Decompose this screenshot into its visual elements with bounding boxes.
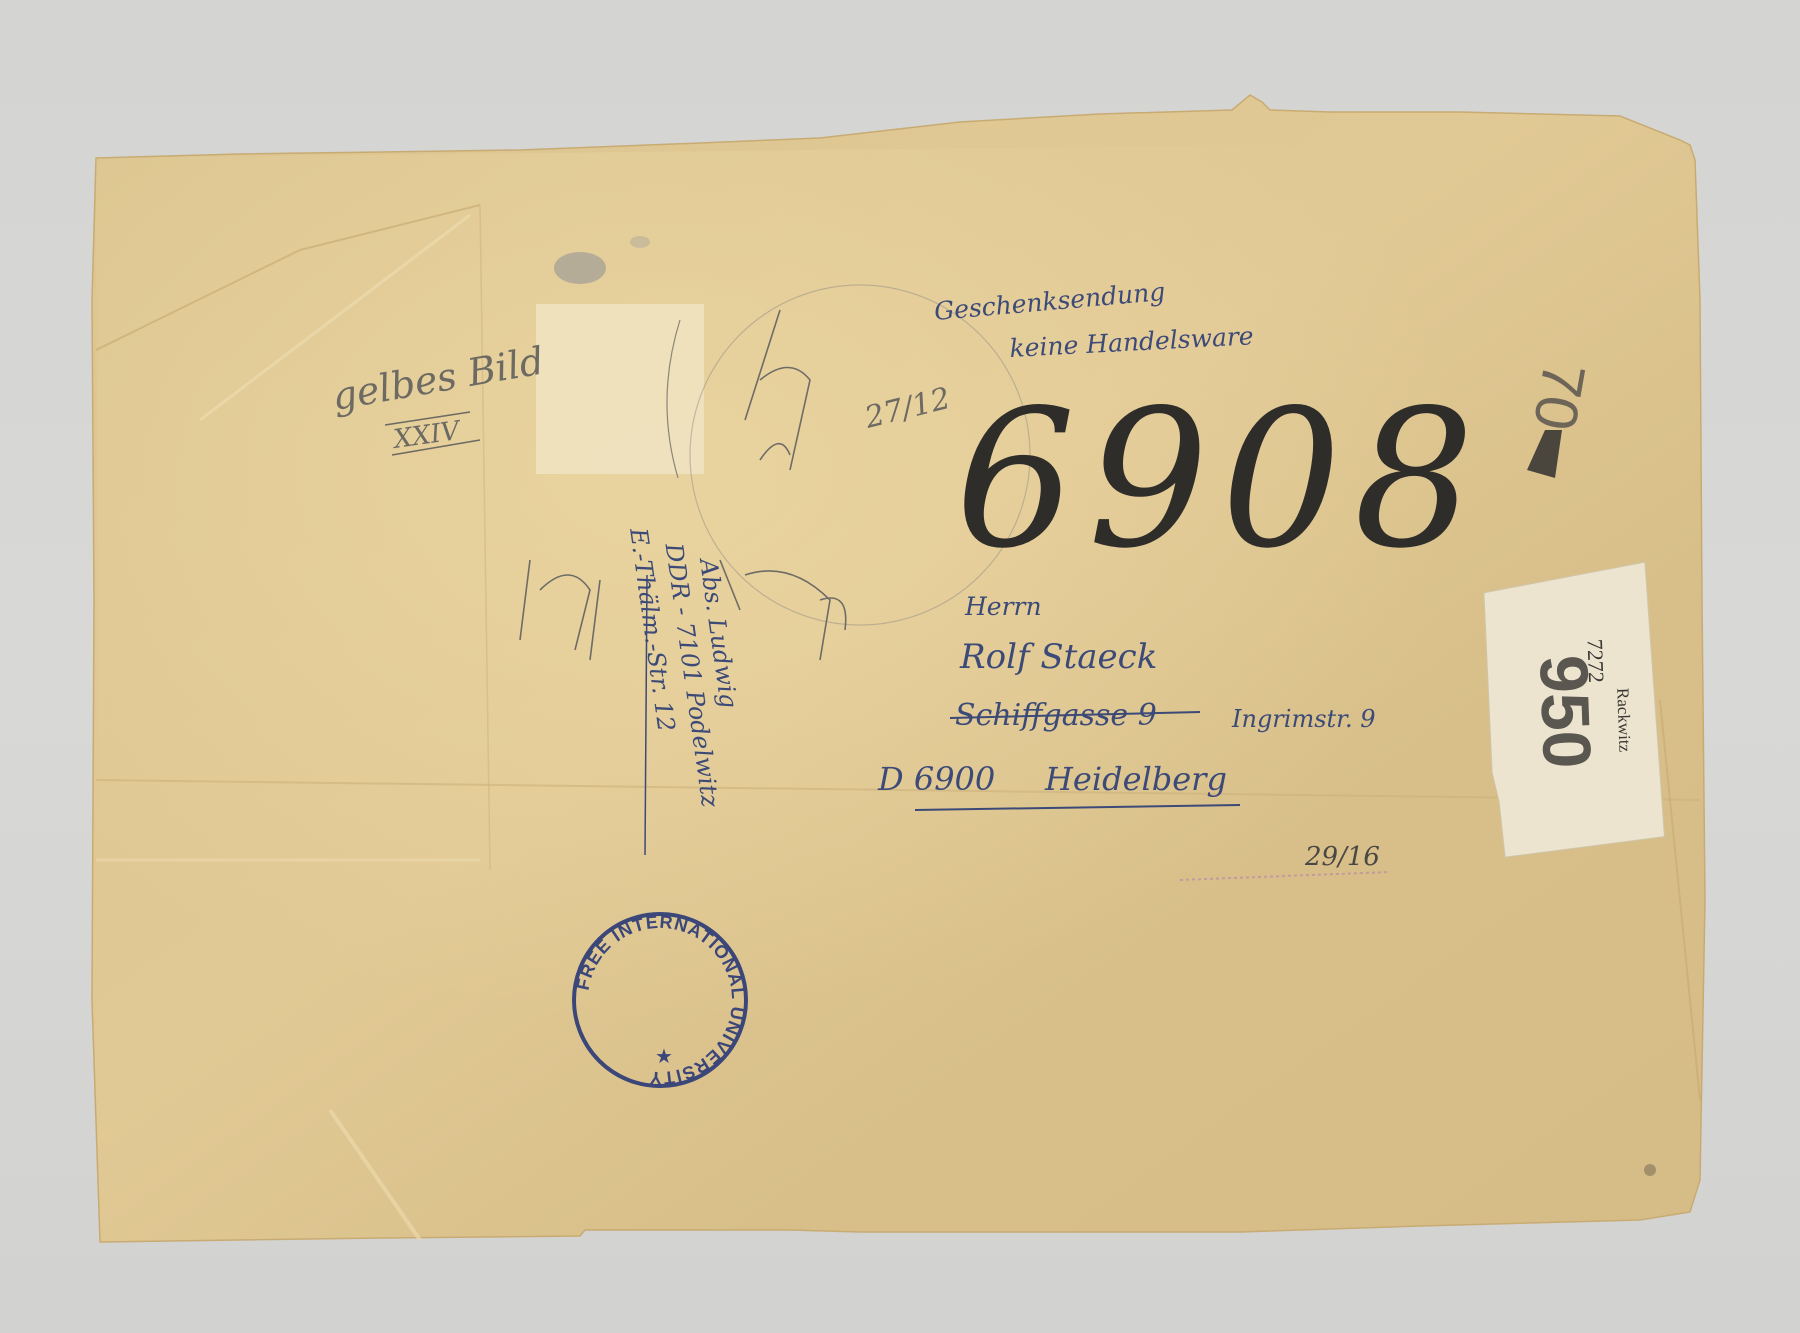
svg-text:Rackwitz: Rackwitz [1613, 688, 1634, 753]
svg-text:D 6900: D 6900 [877, 760, 995, 798]
svg-text:29/16: 29/16 [1304, 842, 1380, 872]
registration-label: 7272 Rackwitz 950 [1483, 562, 1665, 858]
svg-text:70: 70 [1521, 358, 1599, 435]
svg-text:Rolf Staeck: Rolf Staeck [959, 637, 1157, 677]
svg-text:950: 950 [1525, 654, 1605, 770]
crayon-number: 6908 [955, 369, 1487, 590]
svg-text:Heidelberg: Heidelberg [1044, 760, 1227, 798]
svg-text:Herrn: Herrn [964, 592, 1042, 621]
paper-patch [536, 304, 704, 474]
svg-text:★: ★ [655, 1044, 673, 1068]
envelope [92, 95, 1705, 1242]
photo-scene: gelbes Bild XXIV 27/12 6908 70 Geschenks… [0, 0, 1800, 1333]
svg-text:Ingrimstr. 9: Ingrimstr. 9 [1231, 705, 1376, 733]
